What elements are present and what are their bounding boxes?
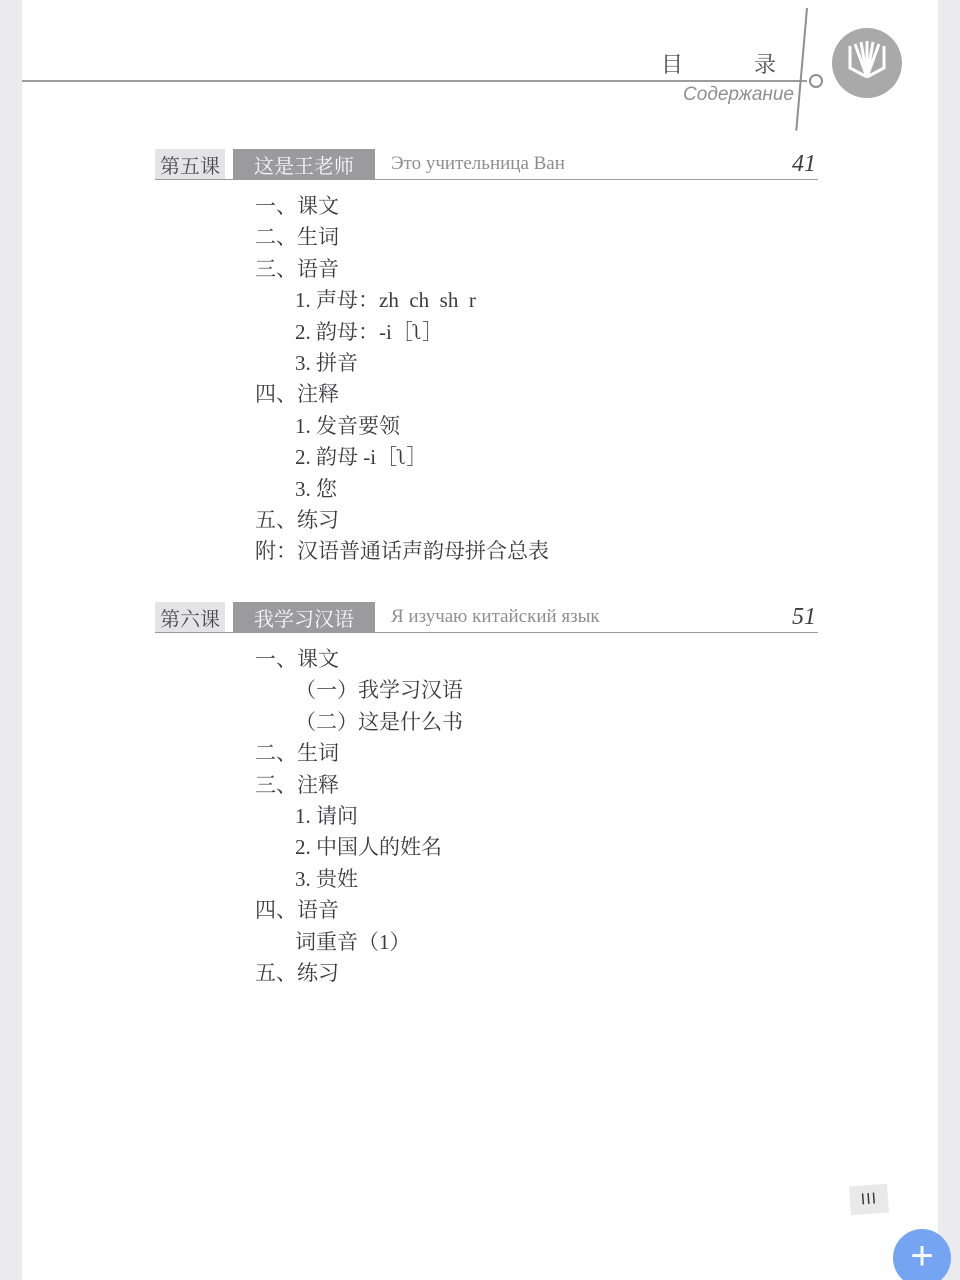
toc-item: 词重音（1）	[155, 927, 818, 958]
header-ring-ornament	[809, 74, 823, 88]
lesson-5-header: 第五课 这是王老师 Это учительница Ван 41	[155, 149, 818, 180]
toc-item: 三、语音	[155, 254, 818, 285]
open-book-icon	[843, 39, 891, 88]
toc-item: 2. 韵母 -i［ʅ］	[155, 442, 818, 473]
header-rule	[22, 80, 807, 82]
toc-item: 三、注释	[155, 770, 818, 801]
toc-item: 附：汉语普通话声韵母拼合总表	[155, 536, 818, 567]
background-strip-right	[938, 0, 960, 1280]
toc-item: 2. 中国人的姓名	[155, 832, 818, 863]
toc-item: 五、练习	[155, 505, 818, 536]
toc-item: 一、课文	[155, 191, 818, 222]
toc-item: 二、生词	[155, 738, 818, 769]
lesson-number-chip: 第六课	[155, 602, 225, 632]
toc-section-lesson-6: 第六课 我学习汉语 Я изучаю китайский язык 51 一、课…	[155, 602, 818, 989]
lesson-6-item-list: 一、课文 （一）我学习汉语 （二）这是什么书 二、生词 三、注释 1. 请问 2…	[155, 644, 818, 989]
toc-item: 1. 发音要领	[155, 411, 818, 442]
toc-item: （一）我学习汉语	[155, 675, 818, 706]
toc-item: 2. 韵母：-i［ʅ］	[155, 317, 818, 348]
lesson-title-russian: Я изучаю китайский язык	[391, 602, 792, 632]
roman-page-number-badge: III	[849, 1184, 889, 1216]
header-diagonal-line	[795, 8, 808, 131]
add-button[interactable]: +	[893, 1229, 951, 1280]
lesson-page-number: 41	[792, 149, 818, 179]
publisher-logo	[832, 28, 902, 98]
lesson-title-chip: 这是王老师	[233, 149, 375, 179]
toc-title-chinese: 目 录	[661, 48, 796, 79]
toc-section-lesson-5: 第五课 这是王老师 Это учительница Ван 41 一、课文 二、…	[155, 149, 818, 568]
lesson-title-chip: 我学习汉语	[233, 602, 375, 632]
toc-title-russian: Содержание	[683, 84, 794, 106]
toc-item: 3. 拼音	[155, 348, 818, 379]
toc-item: 五、练习	[155, 958, 818, 989]
toc-item: （二）这是什么书	[155, 707, 818, 738]
toc-item: 3. 您	[155, 474, 818, 505]
toc-item: 四、语音	[155, 895, 818, 926]
lesson-5-item-list: 一、课文 二、生词 三、语音 1. 声母：zh ch sh r 2. 韵母：-i…	[155, 191, 818, 568]
lesson-6-header: 第六课 我学习汉语 Я изучаю китайский язык 51	[155, 602, 818, 633]
toc-item: 二、生词	[155, 222, 818, 253]
background-strip-left	[0, 0, 22, 1280]
lesson-number-chip: 第五课	[155, 149, 225, 179]
scanned-book-page: 目 录 Содержание 第五课 这是王老师 Это учит	[22, 0, 938, 1280]
toc-item: 一、课文	[155, 644, 818, 675]
lesson-title-russian: Это учительница Ван	[391, 149, 792, 179]
toc-item: 1. 请问	[155, 801, 818, 832]
toc-item: 四、注释	[155, 379, 818, 410]
lesson-page-number: 51	[792, 602, 818, 632]
toc-item: 3. 贵姓	[155, 864, 818, 895]
toc-item: 1. 声母：zh ch sh r	[155, 285, 818, 316]
